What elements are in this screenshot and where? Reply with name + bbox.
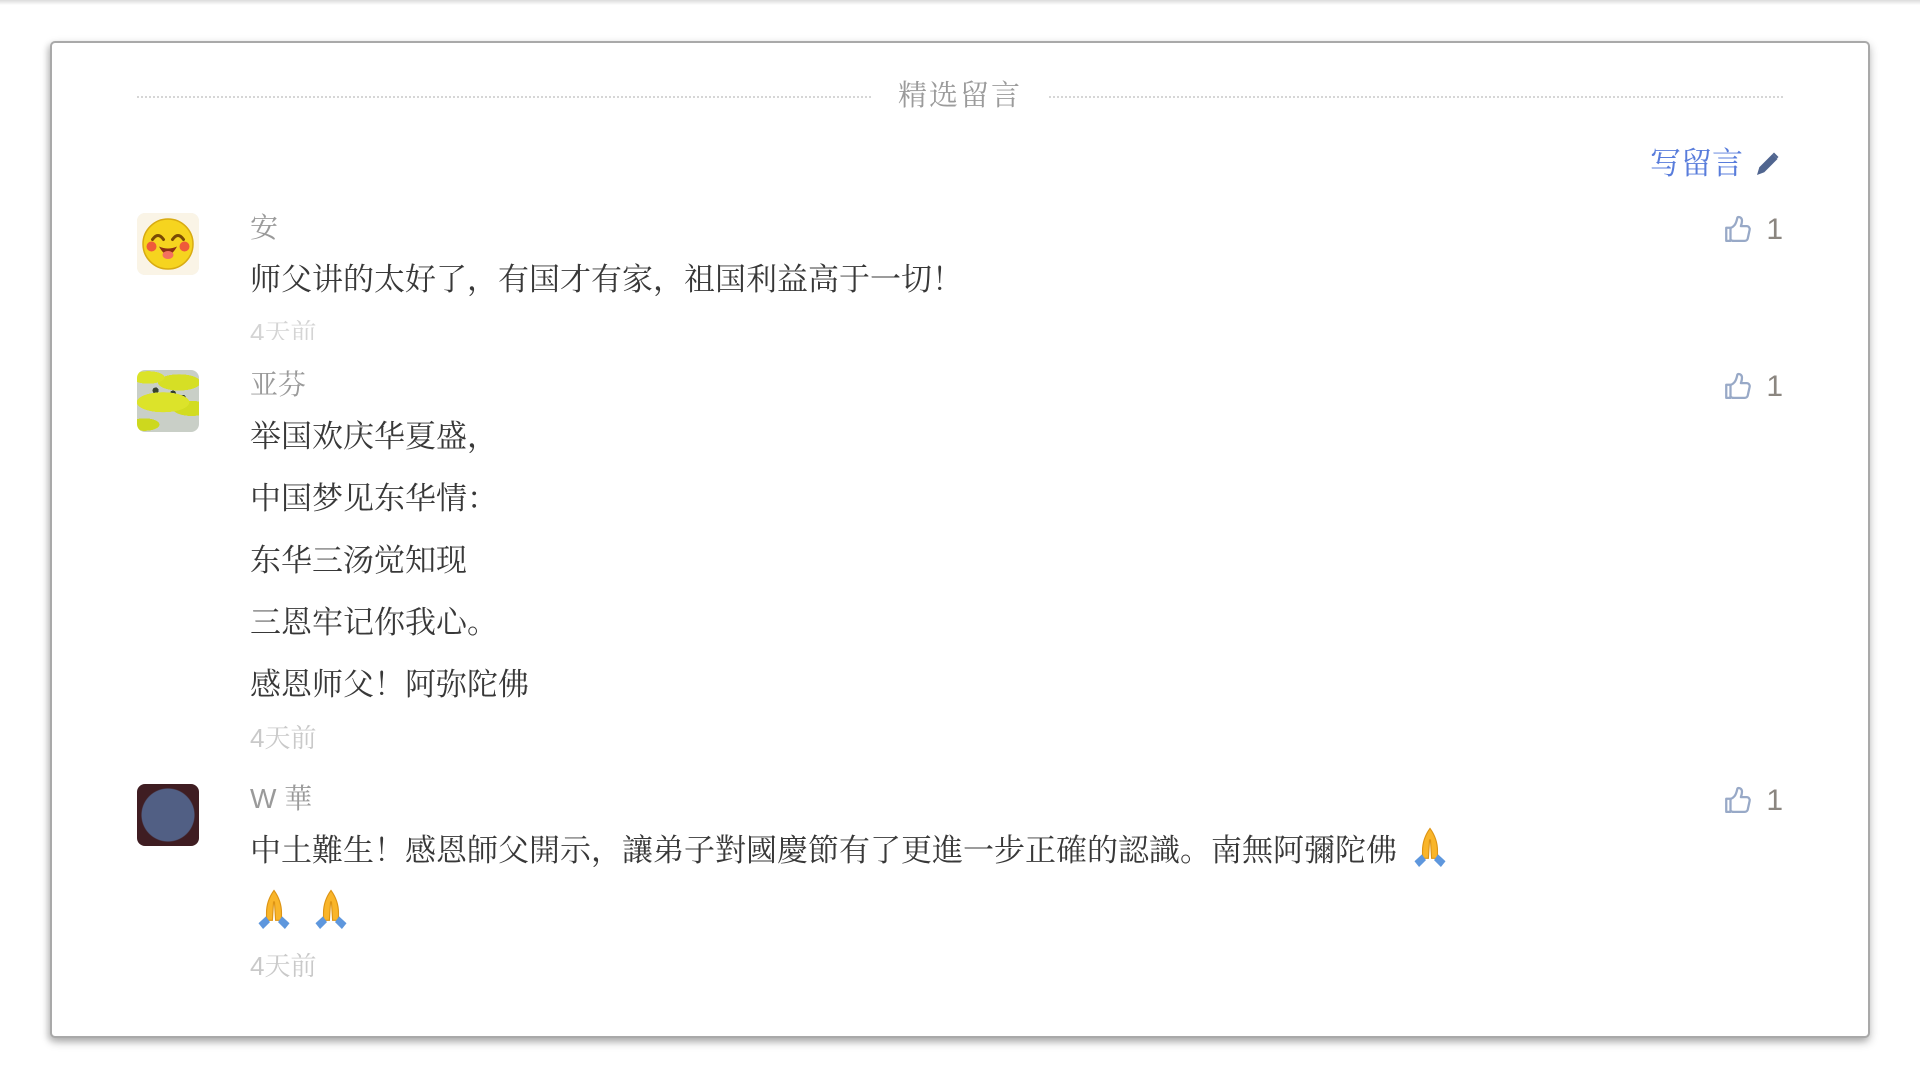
comment-text: 师父讲的太好了，有国才有家，祖国利益高于一切！ xyxy=(250,249,1783,311)
like-button[interactable]: 1 xyxy=(1722,780,1783,820)
commenter-avatar[interactable] xyxy=(137,784,199,846)
comment-text-line: 举国欢庆华夏盛， xyxy=(250,406,1783,468)
commenter-name: 安 xyxy=(250,209,278,247)
comment-text-line: 三恩牢记你我心。 xyxy=(250,592,1783,654)
comment-text-line: 中土難生！感恩師父開示，讓弟子對國慶節有了更進一步正確的認識。南無阿彌陀佛 xyxy=(250,820,1783,882)
top-edge-shadow xyxy=(0,0,1920,5)
write-comment-label: 写留言 xyxy=(1650,141,1743,187)
featured-comments-header: 精选留言 xyxy=(137,75,1783,117)
comment-text: 举国欢庆华夏盛，中国梦见东华情：东华三汤觉知现三恩牢记你我心。感恩师父！阿弥陀佛 xyxy=(250,406,1783,716)
like-button[interactable]: 1 xyxy=(1722,209,1783,249)
comment-time: 4天前 xyxy=(250,722,1783,754)
like-button[interactable]: 1 xyxy=(1722,366,1783,406)
comment-text-line: 东华三汤觉知现 xyxy=(250,530,1783,592)
comment-time: 4天前 xyxy=(250,950,1783,982)
prayer-hands-emoji xyxy=(308,887,354,933)
like-count: 1 xyxy=(1766,368,1783,406)
commenter-name: W 華 xyxy=(250,780,312,818)
comment-time: 4天前 xyxy=(250,317,1783,340)
comments-card: 精选留言 写留言 安 xyxy=(50,41,1870,1038)
pencil-icon xyxy=(1751,148,1783,180)
comment-text-line xyxy=(250,882,1783,944)
comment-text-line: 师父讲的太好了，有国才有家，祖国利益高于一切！ xyxy=(250,249,1783,311)
write-comment-button[interactable]: 写留言 xyxy=(1650,141,1783,187)
prayer-hands-emoji xyxy=(251,887,297,933)
like-count: 1 xyxy=(1766,211,1783,249)
commenter-name: 亚芬 xyxy=(250,366,306,404)
thumbs-up-icon xyxy=(1722,370,1756,404)
like-count: 1 xyxy=(1766,782,1783,820)
thumbs-up-icon xyxy=(1722,784,1756,818)
comment-text-line: 中国梦见东华情： xyxy=(250,468,1783,530)
comment-item: 安 1 师父讲的太好了，有国才有家，祖国利益高于一切！ 4天前 xyxy=(137,209,1783,340)
commenter-avatar[interactable] xyxy=(137,370,199,432)
commenter-avatar[interactable] xyxy=(137,213,199,275)
comment-text-line: 感恩师父！阿弥陀佛 xyxy=(250,654,1783,716)
comment-item: 亚芬 1 举国欢庆华夏盛，中国梦见东华情：东华三汤觉知现三恩牢记你我心。感恩师父… xyxy=(137,366,1783,754)
featured-comments-title: 精选留言 xyxy=(872,80,1048,112)
comment-item: W 華 1 中土難生！感恩師父開示，讓弟子對國慶節有了更進一步正確的認識。南無阿… xyxy=(137,780,1783,982)
comment-text: 中土難生！感恩師父開示，讓弟子對國慶節有了更進一步正確的認識。南無阿彌陀佛 xyxy=(250,820,1783,944)
comments-list: 安 1 师父讲的太好了，有国才有家，祖国利益高于一切！ 4天前 亚芬 xyxy=(137,209,1783,982)
smiley-face-avatar-image xyxy=(137,213,199,275)
prayer-hands-emoji xyxy=(1407,825,1453,871)
thumbs-up-icon xyxy=(1722,213,1756,247)
